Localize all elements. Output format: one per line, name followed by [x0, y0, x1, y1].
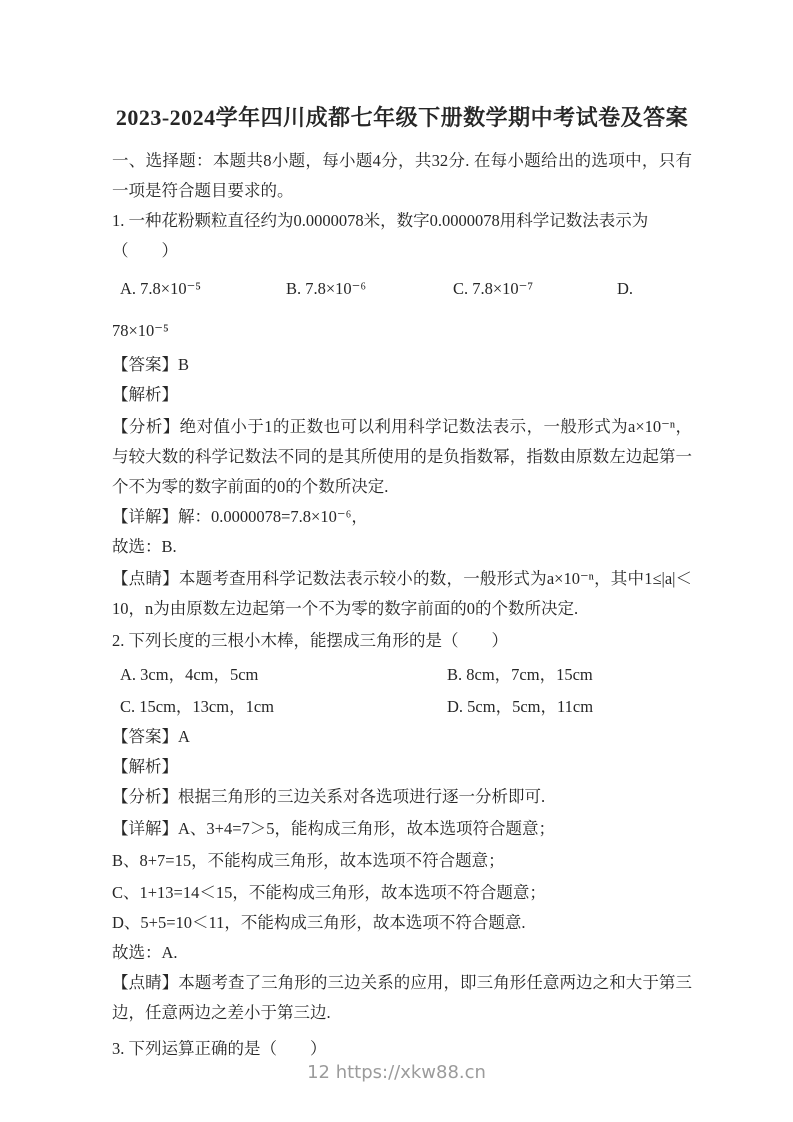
q2-conclusion: 故选：A. — [112, 938, 692, 968]
q2-detail-d: D、5+5=10＜11，不能构成三角形，故本选项不符合题意. — [112, 908, 692, 938]
document-page: 2023-2024学年四川成都七年级下册数学期中考试卷及答案 一、选择题：本题共… — [0, 0, 793, 1122]
document-body: 2023-2024学年四川成都七年级下册数学期中考试卷及答案 一、选择题：本题共… — [112, 100, 692, 1064]
section-header: 一、选择题：本题共8小题，每小题4分，共32分. 在每小题给出的选项中，只有一项… — [112, 146, 692, 206]
q1-analysis-label: 【解析】 — [112, 380, 692, 410]
q2-option-b: B. 8cm，7cm，15cm — [447, 660, 593, 690]
q2-detail-b: B、8+7=15，不能构成三角形，故本选项不符合题意； — [112, 846, 692, 876]
q2-option-d: D. 5cm，5cm，11cm — [447, 692, 593, 722]
q2-option-a: A. 3cm，4cm，5cm — [120, 660, 258, 690]
exam-title: 2023-2024学年四川成都七年级下册数学期中考试卷及答案 — [112, 100, 692, 136]
q1-option-d-value: 78×10⁻⁵ — [112, 316, 692, 346]
q1-option-c: C. 7.8×10⁻⁷ — [453, 274, 533, 304]
q2-analysis: 【分析】根据三角形的三边关系对各选项进行逐一分析即可. — [112, 782, 692, 812]
q1-stem: 1. 一种花粉颗粒直径约为0.0000078米，数字0.0000078用科学记数… — [112, 206, 692, 266]
q2-option-c: C. 15cm，13cm，1cm — [120, 692, 274, 722]
q2-stem: 2. 下列长度的三根小木棒，能摆成三角形的是（ ） — [112, 626, 692, 656]
q1-answer: 【答案】B — [112, 350, 692, 380]
q2-options-row-2: C. 15cm，13cm，1cm D. 5cm，5cm，11cm — [112, 692, 692, 722]
q2-options-row-1: A. 3cm，4cm，5cm B. 8cm，7cm，15cm — [112, 660, 692, 690]
q1-analysis: 【分析】绝对值小于1的正数也可以利用科学记数法表示，一般形式为a×10⁻ⁿ，与较… — [112, 412, 692, 502]
q1-option-b: B. 7.8×10⁻⁶ — [286, 274, 366, 304]
q1-conclusion: 故选：B. — [112, 532, 692, 562]
page-footer: 12 https://xkw88.cn — [0, 1060, 793, 1086]
q1-options-row: A. 7.8×10⁻⁵ B. 7.8×10⁻⁶ C. 7.8×10⁻⁷ D. — [112, 274, 692, 304]
q2-note: 【点睛】本题考查了三角形的三边关系的应用，即三角形任意两边之和大于第三边，任意两… — [112, 968, 692, 1028]
q1-note: 【点睛】本题考查用科学记数法表示较小的数，一般形式为a×10⁻ⁿ，其中1≤|a|… — [112, 564, 692, 624]
q1-option-a: A. 7.8×10⁻⁵ — [120, 274, 201, 304]
q2-answer: 【答案】A — [112, 722, 692, 752]
q2-detail-a: 【详解】A、3+4=7＞5，能构成三角形，故本选项符合题意； — [112, 814, 692, 844]
q1-detail: 【详解】解：0.0000078=7.8×10⁻⁶， — [112, 502, 692, 532]
q2-analysis-label: 【解析】 — [112, 752, 692, 782]
q1-option-d-label: D. — [617, 274, 633, 304]
page-number-and-source-url: 12 https://xkw88.cn — [307, 1062, 486, 1083]
q2-detail-c: C、1+13=14＜15，不能构成三角形，故本选项不符合题意； — [112, 878, 692, 908]
